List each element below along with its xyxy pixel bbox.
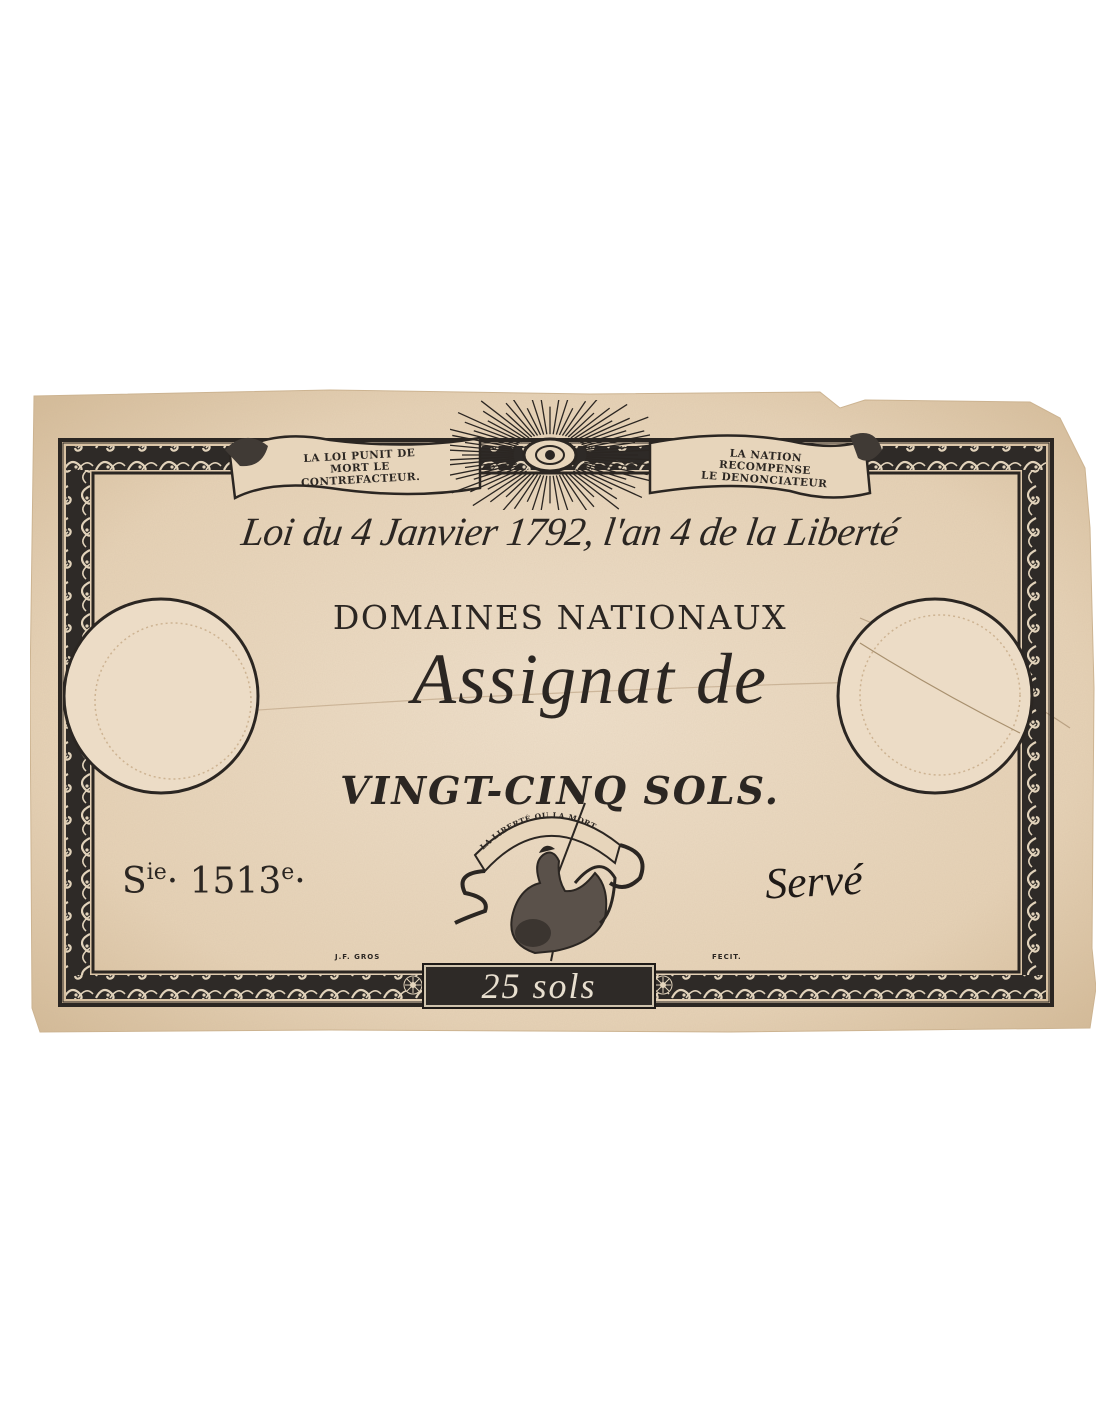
radiant-eye-icon — [450, 400, 650, 510]
assignat-banknote: LA LOI PUNIT DE MORT LE CONTREFACTEUR. L… — [30, 388, 1096, 1034]
dry-seal-icon — [48, 583, 278, 813]
series-value-sup: e — [281, 860, 294, 885]
rosette-icon — [653, 975, 673, 995]
title-assignat: Assignat de — [290, 638, 890, 721]
series-value: 1513 — [190, 861, 282, 902]
signature: Servé — [764, 853, 864, 909]
engraver-credit-right: FECIT. — [712, 953, 742, 961]
rosette-icon — [403, 975, 423, 995]
rooster-icon: LA LIBERTÉ OU LA MORT — [435, 793, 665, 963]
header-domaines-nationaux: DOMAINES NATIONAUX — [260, 598, 860, 637]
series-prefix-sup: ie — [147, 860, 167, 885]
series-dot: · — [167, 861, 178, 902]
value-plate-text: 25 sols — [481, 965, 596, 1007]
law-line: Loi du 4 Janvier 1792, l'an 4 de la Libe… — [167, 508, 974, 555]
value-plate: 25 sols — [422, 963, 656, 1009]
series-number: Sie· 1513e· — [122, 860, 306, 902]
engraver-credit-left: J.F. GROS — [335, 953, 380, 961]
series-dot: · — [294, 861, 305, 902]
series-prefix: S — [122, 861, 147, 902]
